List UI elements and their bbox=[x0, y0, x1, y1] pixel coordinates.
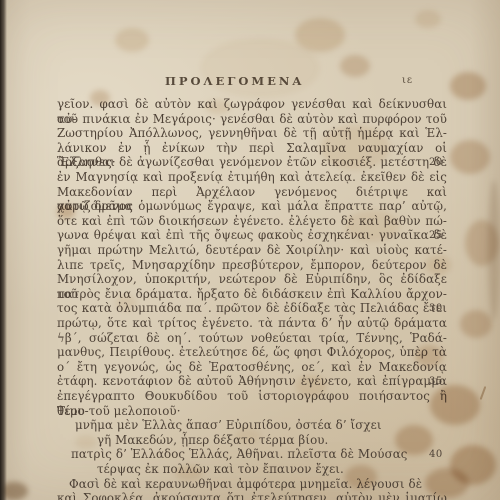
text-line: πατρὶς δ’ Ἑλλάδος Ἑλλάς, Ἀθῆναι. πλεῖστα… bbox=[71, 447, 481, 462]
text-line-content: ἐν Μαγνησίᾳ καὶ προξενίᾳ ἐτιμήθη καὶ ἀτε… bbox=[57, 170, 447, 184]
margin-line-number: 25 bbox=[429, 229, 443, 244]
text-line-content: γωνα θρέψαι καὶ ἐπὶ τῆς ὄψεως φακοὺς ἐσχ… bbox=[57, 228, 447, 242]
text-line-content: τοῦ πινάκια ἐν Μεγάροις· γενέσθαι δὲ αὐτ… bbox=[57, 112, 447, 126]
text-line-content: γῆμαι πρώτην Μελιτώ, δευτέραν δὲ Χοιρίλη… bbox=[57, 243, 447, 257]
text-line: ἐπεγέγραπτο Θουκυδίδου τοῦ ἱστοριογράφου… bbox=[57, 389, 447, 404]
text-line: γῆμαι πρώτην Μελιτώ, δευτέραν δὲ Χοιρίλη… bbox=[57, 243, 447, 258]
text-line: τοῦ πινάκια ἐν Μεγάροις· γενέσθαι δὲ αὐτ… bbox=[57, 112, 447, 127]
text-block: γεῖον. φασὶ δὲ αὐτὸν καὶ ζωγράφον γενέσθ… bbox=[0, 0, 500, 500]
text-line-content: πατρὸς ἔνια δράματα. ἤρξατο δὲ διδάσκειν… bbox=[57, 287, 447, 301]
text-line: Ζωστηρίου Ἀπόλλωνος, γεννηθῆναι δὲ τῇ αὐ… bbox=[57, 126, 447, 141]
text-line-content: ὅτε καὶ ἐπὶ τῶν διοικήσεων ἐγένετο. ἐλέγ… bbox=[57, 214, 447, 228]
text-line: ἐτάφη. κενοτάφιον δὲ αὐτοῦ Ἀθήνησιν ἐγέν… bbox=[57, 374, 481, 389]
text-line: γῆ Μακεδών, ᾗπερ δέξατο τέρμα βίου. bbox=[97, 433, 447, 448]
text-line: γωνα θρέψαι καὶ ἐπὶ τῆς ὄψεως φακοὺς ἐσχ… bbox=[57, 228, 481, 243]
text-line-content: πατρὶς δ’ Ἑλλάδος Ἑλλάς, Ἀθῆναι. πλεῖστα… bbox=[71, 447, 408, 461]
text-line: λιπε τρεῖς, Μνησαρχίδην πρεσβύτερον, ἔμπ… bbox=[57, 258, 447, 273]
text-line: πατρὸς ἔνια δράματα. ἤρξατο δὲ διδάσκειν… bbox=[57, 287, 447, 302]
text-line: ἄρξασθαι δὲ ἀγωνίζεσθαι γενόμενον ἐτῶν ε… bbox=[57, 155, 481, 170]
text-line: Μνησίλοχον, ὑποκριτήν, νεώτερον δὲ Εὐριπ… bbox=[57, 272, 447, 287]
margin-line-number: 35 bbox=[429, 375, 443, 390]
text-line-content: μανθυς, Πειρίθους. ἐτελεύτησε δέ, ὥς φησ… bbox=[57, 345, 447, 359]
text-line-content: ἄρξασθαι δὲ ἀγωνίζεσθαι γενόμενον ἐτῶν ε… bbox=[57, 155, 447, 169]
text-line: ο΄ ἔτη γεγονώς, ὡς δὲ Ἐρατοσθένης, οε΄, … bbox=[57, 360, 447, 375]
text-line: πρώτῳ, ὅτε καὶ τρίτος ἐγένετο. τὰ πάντα … bbox=[57, 316, 447, 331]
text-line: καὶ Σοφοκλέα, ἀκούσαντα ὅτι ἐτελεύτησεν,… bbox=[57, 491, 447, 500]
text-line-content: λιπε τρεῖς, Μνησαρχίδην πρεσβύτερον, ἔμπ… bbox=[57, 258, 447, 272]
text-line-content: ο΄ ἔτη γεγονώς, ὡς δὲ Ἐρατοσθένης, οε΄, … bbox=[57, 360, 447, 374]
text-line-content: μνῆμα μὲν Ἑλλὰς ἅπασ’ Εὐριπίδου, ὀστέα δ… bbox=[75, 418, 382, 432]
text-line-content: Φασὶ δὲ καὶ κεραυνωθῆναι ἀμφότερα μνημεῖ… bbox=[69, 477, 422, 491]
text-line-content: θέου τοῦ μελοποιοῦ· bbox=[57, 404, 181, 418]
text-line-content: γῆ Μακεδών, ᾗπερ δέξατο τέρμα βίου. bbox=[97, 433, 328, 447]
text-line-content: καὶ Σοφοκλέα, ἀκούσαντα ὅτι ἐτελεύτησεν,… bbox=[57, 491, 447, 500]
text-line: αὐτῷ δρᾶμα ὁμωνύμως ἔγραψε, καὶ μάλα ἔπρ… bbox=[57, 199, 447, 214]
text-line: λάνικον ἐν ᾗ ἐνίκων τὴν περὶ Σαλαμῖνα να… bbox=[57, 141, 447, 156]
text-line: τος κατὰ ὀλυμπιάδα πα΄. πρῶτον δὲ ἐδίδαξ… bbox=[57, 301, 481, 316]
text-line-content: τέρψας ἐκ πολλῶν καὶ τὸν ἔπαινον ἔχει. bbox=[97, 462, 344, 476]
text-line-content: ϟβ΄, σώζεται δὲ οη΄. τούτων νοθεύεται τρ… bbox=[57, 331, 447, 345]
text-line: τέρψας ἐκ πολλῶν καὶ τὸν ἔπαινον ἔχει. bbox=[97, 462, 447, 477]
text-line: μανθυς, Πειρίθους. ἐτελεύτησε δέ, ὥς φησ… bbox=[57, 345, 447, 360]
text-line: ϟβ΄, σώζεται δὲ οη΄. τούτων νοθεύεται τρ… bbox=[57, 331, 447, 346]
text-line: Φασὶ δὲ καὶ κεραυνωθῆναι ἀμφότερα μνημεῖ… bbox=[69, 477, 447, 492]
book-gutter-edge bbox=[0, 0, 7, 500]
text-line: θέου τοῦ μελοποιοῦ· bbox=[57, 404, 447, 419]
text-line: μνῆμα μὲν Ἑλλὰς ἅπασ’ Εὐριπίδου, ὀστέα δ… bbox=[75, 418, 447, 433]
text-line-content: τος κατὰ ὀλυμπιάδα πα΄. πρῶτον δὲ ἐδίδαξ… bbox=[57, 301, 447, 315]
book-page-scan: ΠΡΟΛΕΓΟΜΕΝΑ ιε γεῖον. φασὶ δὲ αὐτὸν καὶ … bbox=[0, 0, 500, 500]
text-line: ἐν Μαγνησίᾳ καὶ προξενίᾳ ἐτιμήθη καὶ ἀτε… bbox=[57, 170, 447, 185]
margin-line-number: 20 bbox=[429, 156, 443, 171]
margin-line-number: 40 bbox=[429, 448, 443, 463]
text-line-content: αὐτῷ δρᾶμα ὁμωνύμως ἔγραψε, καὶ μάλα ἔπρ… bbox=[57, 199, 447, 213]
text-line: ὅτε καὶ ἐπὶ τῶν διοικήσεων ἐγένετο. ἐλέγ… bbox=[57, 214, 447, 229]
text-line-content: πρώτῳ, ὅτε καὶ τρίτος ἐγένετο. τὰ πάντα … bbox=[57, 316, 447, 330]
text-line: γεῖον. φασὶ δὲ αὐτὸν καὶ ζωγράφον γενέσθ… bbox=[57, 97, 447, 112]
margin-line-number: 30 bbox=[429, 302, 443, 317]
text-line-content: ἐτάφη. κενοτάφιον δὲ αὐτοῦ Ἀθήνησιν ἐγέν… bbox=[57, 374, 447, 388]
text-line: Μακεδονίαν περὶ Ἀρχέλαον γενόμενος διέτρ… bbox=[57, 185, 447, 200]
text-line-content: Ζωστηρίου Ἀπόλλωνος, γεννηθῆναι δὲ τῇ αὐ… bbox=[57, 126, 447, 140]
